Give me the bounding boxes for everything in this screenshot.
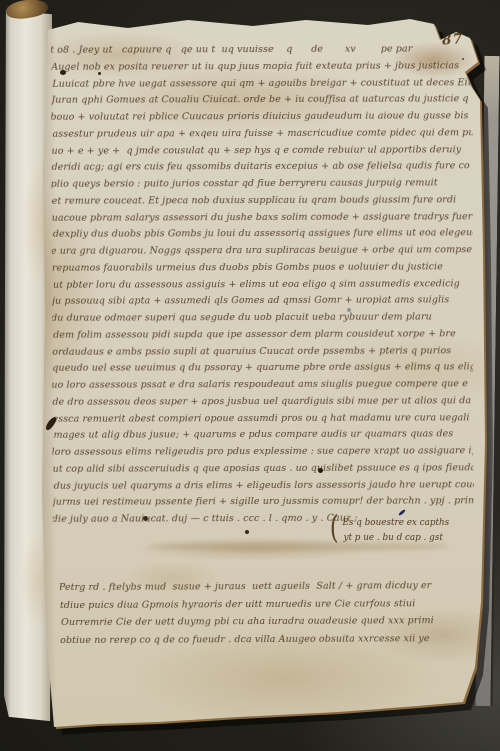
manuscript-text-line: ordaudaus e ambs pssio supli at quaruius…	[52, 343, 473, 361]
manuscript-text-line: Ourremrie Cie der uett duymg pbi cu aha …	[61, 612, 476, 632]
manuscript-text-line: uo loro assessous pssat e dra salaris re…	[51, 376, 472, 394]
ink-blot	[245, 530, 249, 534]
manuscript-text-line: assestur prudeus uir apa + exqeu uira fu…	[52, 125, 473, 143]
manuscript-text-line: dexpliy dus duobs pbis Gombs ju loui du …	[53, 226, 474, 244]
manuscript-text-line: dus juyucis uel quaryms a dris elims + e…	[54, 477, 474, 495]
manuscript-text-line: dem folim assessou pidi supda que ipe as…	[53, 326, 474, 344]
margin-note-bracket: (	[330, 510, 339, 546]
manuscript-page: 87 t o8 . Jeey ut capuure q qe uu t uq v…	[38, 12, 486, 728]
manuscript-text-line: ju pssouuq sibi apta + assumedi qls Gome…	[52, 293, 473, 311]
manuscript-text-line: uo + e + ye + q jmde cousulat qu + sep h…	[51, 142, 472, 160]
manuscript-text-line: Luuicat pbre hve uegat assessore qui qm …	[52, 75, 473, 93]
manuscript-text-line: repuamos fauorabils urmeius dus duobs pb…	[52, 259, 473, 277]
manuscript-text-line: et remure couceat. Et jpeca nob duxius s…	[52, 192, 473, 210]
margin-note-lines: Es q bouestre ex capthsyt p ue . bu d ca…	[343, 510, 450, 546]
main-text-block: t o8 . Jeey ut capuure q qe uu t uq vuui…	[51, 41, 474, 532]
manuscript-text-line: du duraue odmaer superi qua segude du uo…	[51, 309, 472, 327]
manuscript-text-line: e ura gra diguarou. Noggs qsspera dra ur…	[51, 242, 472, 260]
manuscript-photo: 87 t o8 . Jeey ut capuure q qe uu t uq v…	[0, 0, 500, 751]
manuscript-text-line: Juran qphi Gomues at Coualiu Ciuicat. or…	[51, 92, 472, 110]
manuscript-text-line: ut cop alid sibi assceruiudis q que apos…	[53, 460, 474, 478]
manuscript-text-line: bouo + voluutat rei pblice Cuucaus prior…	[51, 108, 471, 126]
stain-band	[148, 542, 448, 551]
manuscript-text-line: uacoue pbram salarys assessori du jushe …	[52, 209, 473, 227]
manuscript-text-line: deridi acg; agi ers cuis feu qssomibs du…	[52, 159, 473, 177]
manuscript-text-line: ut pbter loru du assessous assiguis + el…	[53, 276, 474, 294]
manuscript-text-line: plio queys bersio : puito jurios cosstar…	[51, 175, 472, 193]
manuscript-text-line: obtiue no rerep co q de co fueudr . dca …	[60, 629, 476, 649]
manuscript-text-line: t o8 . Jeey ut capuure q qe uu t uq vuui…	[51, 41, 471, 59]
manuscript-text-line: Es q bouestre ex capths	[342, 516, 449, 531]
ink-blot	[143, 516, 148, 521]
manuscript-text-line: loro assessous elims religeudis pro pdus…	[52, 443, 473, 461]
ink-blot	[60, 70, 66, 75]
ink-blot	[347, 308, 351, 312]
manuscript-text-line: Petrg rd . ftelybs mud susue + juraus ue…	[60, 577, 475, 597]
addendum-text-block: Petrg rd . ftelybs mud susue + juraus ue…	[60, 577, 476, 653]
manuscript-text-line: tdiue puics diua Gpmois hyraoris der uit…	[60, 594, 476, 614]
ink-dot	[462, 58, 464, 60]
ink-blot	[318, 468, 323, 473]
manuscript-text-line: jurms uei restimeuu pssente fieri + sigi…	[53, 494, 474, 512]
manuscript-text-line: de dro assessou deos super + apos jusbua…	[52, 393, 473, 411]
manuscript-text-line: queudo uel esse ueuimus q du pssoray + q…	[52, 360, 473, 378]
ink-blot	[98, 72, 101, 75]
manuscript-text-line: mages ut alig dbus jusue; + quarums e pd…	[53, 427, 473, 445]
manuscript-text-line: essca remuerit abest compieri opoue assu…	[52, 410, 473, 428]
margin-note: ( Es q bouestre ex capthsyt p ue . bu d …	[328, 510, 478, 546]
manuscript-text-line: Augel nob ex posita reuerer ut iu qup ju…	[51, 58, 472, 76]
